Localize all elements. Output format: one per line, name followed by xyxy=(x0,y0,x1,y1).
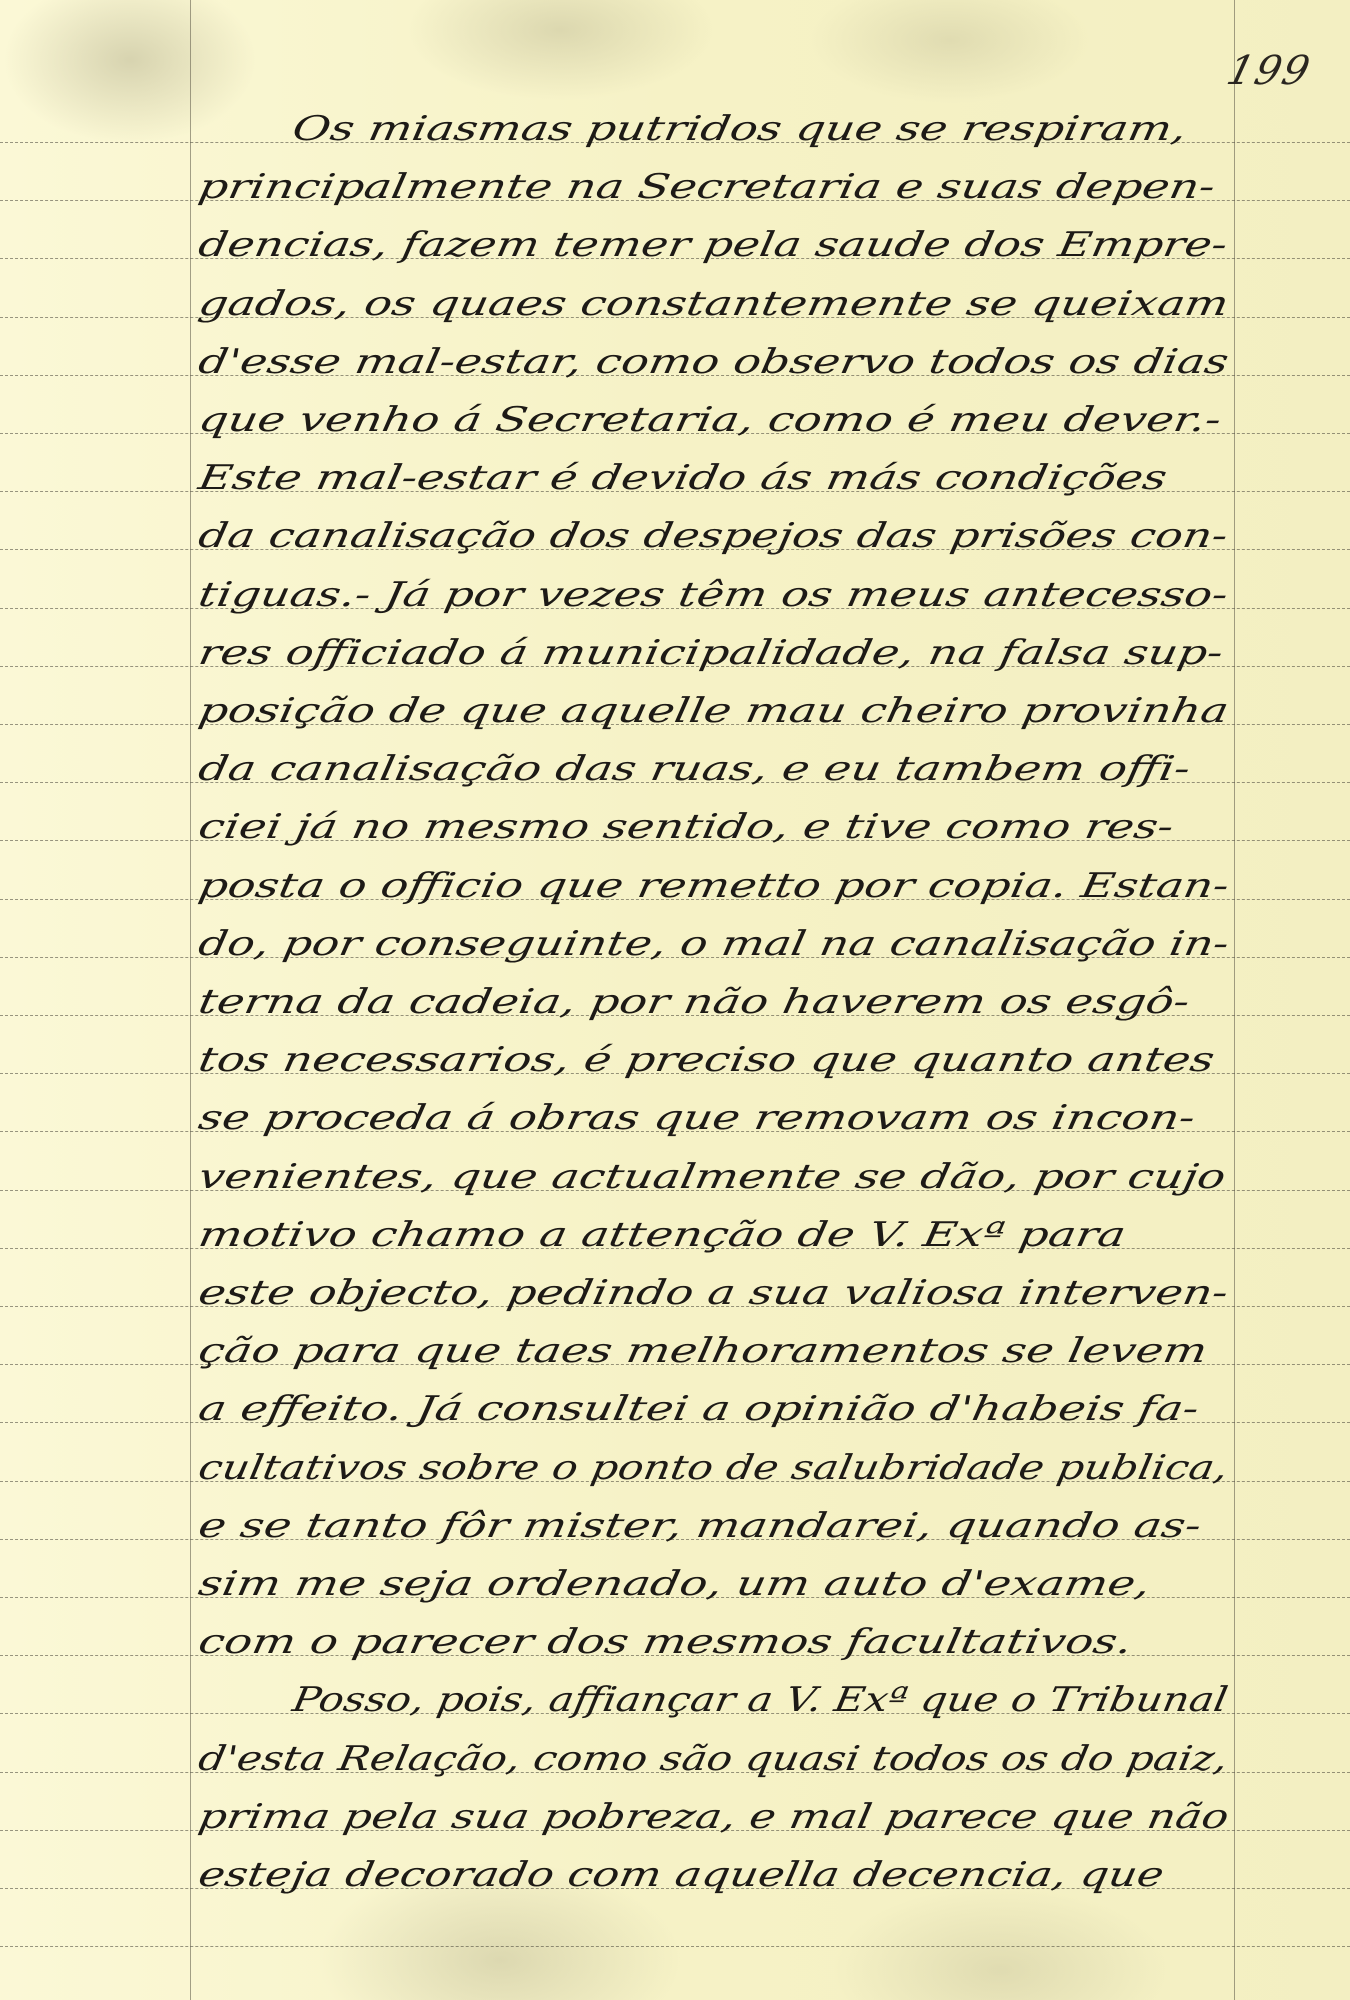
text-line: d'esta Relação, como são quasi todos os … xyxy=(196,1742,1230,1776)
text-line: res officiado á municipalidade, na falsa… xyxy=(196,636,1226,670)
text-line: Este mal-estar é devido ás más condições xyxy=(196,461,1169,495)
text-line: este objecto, pedindo a sua valiosa inte… xyxy=(196,1276,1231,1310)
text-line: principalmente na Secretaria e suas depe… xyxy=(196,170,1218,204)
text-line: Posso, pois, affiançar a V. Exª que o Tr… xyxy=(290,1683,1230,1717)
text-line: sim me seja ordenado, um auto d'exame, xyxy=(196,1567,1153,1601)
manuscript-page: 199 Os miasmas putridos que se respiram,… xyxy=(0,0,1350,2000)
text-line: a effeito. Já consultei a opinião d'habe… xyxy=(196,1392,1202,1426)
text-line: que venho á Secretaria, como é meu dever… xyxy=(196,403,1224,437)
text-line: prima pela sua pobreza, e mal parece que… xyxy=(196,1800,1231,1834)
text-line: ção para que taes melhoramentos se levem xyxy=(196,1334,1210,1368)
text-line: cultativos sobre o ponto de salubridade … xyxy=(196,1451,1231,1485)
text-line: tos necessarios, é preciso que quanto an… xyxy=(196,1043,1217,1077)
text-line: da canalisação dos despejos das prisões … xyxy=(196,519,1230,553)
text-line: terna da cadeia, por não haverem os esgô… xyxy=(196,985,1192,1019)
handwritten-text-block: Os miasmas putridos que se respiram, pri… xyxy=(0,0,1350,2000)
text-line: posta o officio que remetto por copia. E… xyxy=(196,869,1232,903)
text-line: gados, os quaes constantemente se queixa… xyxy=(196,287,1231,321)
text-line: esteja decorado com aquella decencia, qu… xyxy=(196,1858,1166,1892)
text-line: da canalisação das ruas, e eu tambem off… xyxy=(196,752,1193,786)
text-line: tiguas.- Já por vezes têm os meus antece… xyxy=(196,578,1230,612)
text-line: posição de que aquelle mau cheiro provin… xyxy=(196,694,1231,728)
text-line: motivo chamo a attenção de V. Exª para xyxy=(196,1218,1128,1252)
text-line: venientes, que actualmente se dão, por c… xyxy=(196,1160,1228,1194)
text-line: Os miasmas putridos que se respiram, xyxy=(290,112,1189,146)
text-line: ciei já no mesmo sentido, e tive como re… xyxy=(196,810,1176,844)
text-line: dencias, fazem temer pela saude dos Empr… xyxy=(196,228,1230,262)
text-line: com o parecer dos mesmos facultativos. xyxy=(196,1625,1135,1659)
text-line: d'esse mal-estar, como observo todos os … xyxy=(196,345,1231,379)
text-line: se proceda á obras que removam os incon- xyxy=(196,1101,1198,1135)
text-line: do, por conseguinte, o mal na canalisaçã… xyxy=(196,927,1232,961)
text-line: e se tanto fôr mister, mandarei, quando … xyxy=(196,1509,1204,1543)
